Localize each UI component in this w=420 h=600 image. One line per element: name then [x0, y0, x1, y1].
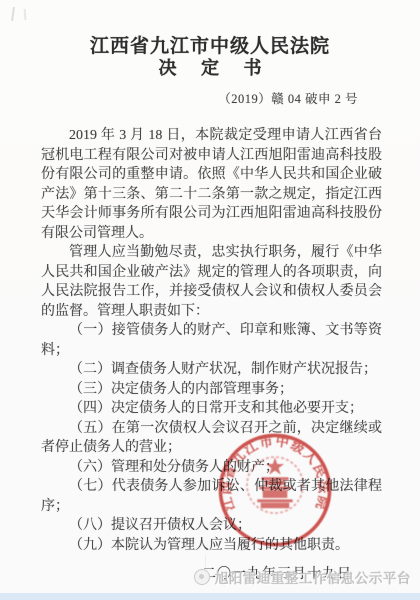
watermark-footer: 旭阳雷迪重整工作信息公示平台 — [194, 567, 411, 587]
watermark-text: 旭阳雷迪重整工作信息公示平台 — [215, 567, 411, 587]
duty-item-4: （四）决定债务人的日常开支和其他必要开支； — [41, 399, 382, 419]
decision-document-page: 江西省九江市中级人民法院 决 定 书 （2019）赣 04 破申 2 号 201… — [0, 0, 420, 600]
duty-item-9: （九）本院认为管理人应当履行的其他职责。 — [41, 536, 382, 556]
case-number: （2019）赣 04 破申 2 号 — [218, 89, 358, 107]
duty-item-2: （二）调查债务人财产状况，制作财产状况报告； — [41, 360, 382, 380]
duty-item-5: （五）在第一次债权人会议召开之前，决定继续或者停止债务人的营业； — [41, 419, 382, 458]
duty-item-3: （三）决定债务人的内部管理事务； — [41, 380, 382, 400]
bottom-blue-strip — [0, 593, 420, 600]
duty-item-7: （七）代表债务人参加诉讼、仲裁或者其他法律程序； — [41, 477, 382, 516]
duty-item-1: （一）接管债务人的财产、印章和账簿、文书等资料； — [41, 321, 382, 360]
duty-item-8: （八）提议召开债权人会议； — [41, 516, 382, 536]
paragraph-ruling: 2019 年 3 月 18 日，本院裁定受理申请人江西省台冠机电工程有限公司对被… — [41, 126, 382, 243]
document-type-title: 决 定 书 — [0, 54, 420, 80]
duty-item-6: （六）管理和处分债务人的财产； — [41, 458, 382, 478]
scan-artifact-mark — [24, 9, 27, 20]
platform-logo-icon — [194, 569, 210, 585]
scan-artifact-mark — [11, 7, 15, 21]
paragraph-administrator-duty-intro: 管理人应当勤勉尽责，忠实执行职务，履行《中华人民共和国企业破产法》规定的管理人的… — [41, 243, 382, 321]
document-body: 2019 年 3 月 18 日，本院裁定受理申请人江西省台冠机电工程有限公司对被… — [41, 126, 382, 585]
